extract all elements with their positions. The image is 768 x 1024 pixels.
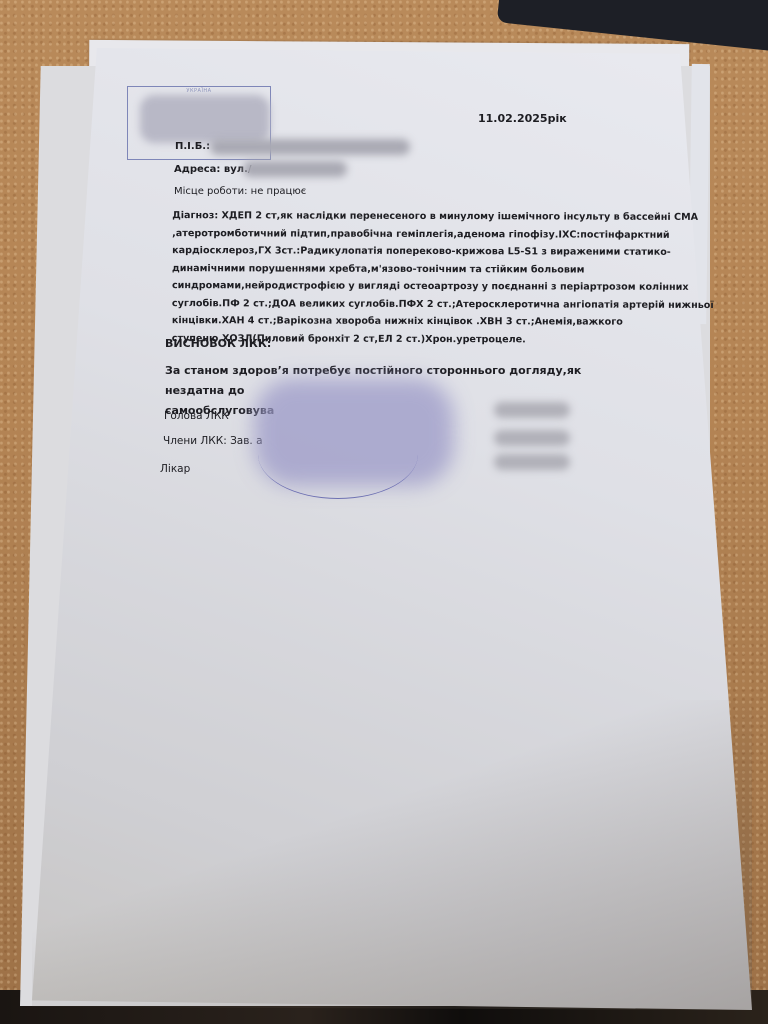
doctor-label: Лікар <box>160 463 190 475</box>
redacted-stamp-text <box>140 95 270 143</box>
diagnosis-line: кінцівки.ХАН 4 ст.;Варікозна хвороба ниж… <box>172 312 682 331</box>
diagnosis-line: суглобів.ПФ 2 ст.;ДОА великих суглобів.П… <box>172 295 682 314</box>
address-label-text: Адреса: вул./ <box>174 164 252 175</box>
diagnosis-text: Діагноз: ХДЕП 2 ст,як наслідки перенесен… <box>172 207 682 349</box>
redacted-head-name <box>494 402 570 418</box>
redacted-member-name <box>494 430 570 446</box>
stamp-title: УКРАЇНА <box>128 88 270 94</box>
pib-label: П.І.Б.: <box>175 141 210 152</box>
stamp-ring <box>258 410 418 499</box>
commission-members-label: Члени ЛКК: Зав. а <box>163 435 263 447</box>
redacted-doctor-name <box>494 454 570 470</box>
diagnosis-line: ,атеротромботичний підтип,правобічна гем… <box>172 225 682 244</box>
address-label: Адреса: вул./ <box>174 164 252 175</box>
redacted-address <box>243 161 347 177</box>
workplace: Місце роботи: не працює <box>174 186 306 197</box>
document-content: УКРАЇНА 11.02.2025рік П.І.Б.: Адреса: ву… <box>0 0 768 1024</box>
diagnosis-line: кардіосклероз,ГХ 3ст.:Радикулопатія попе… <box>172 242 682 261</box>
conclusion-heading: ВИСНОВОК ЛКК: <box>165 337 271 350</box>
diagnosis-line: синдромами,нейродистрофією у вигляді ост… <box>172 277 682 296</box>
diagnosis-line: динамічними порушеннями хребта,м'язово-т… <box>172 260 682 279</box>
document-date: 11.02.2025рік <box>478 112 567 125</box>
commission-head-label: Голова ЛКК <box>164 410 229 422</box>
redacted-name <box>210 139 410 155</box>
diagnosis-line: Діагноз: ХДЕП 2 ст,як наслідки перенесен… <box>172 207 682 226</box>
